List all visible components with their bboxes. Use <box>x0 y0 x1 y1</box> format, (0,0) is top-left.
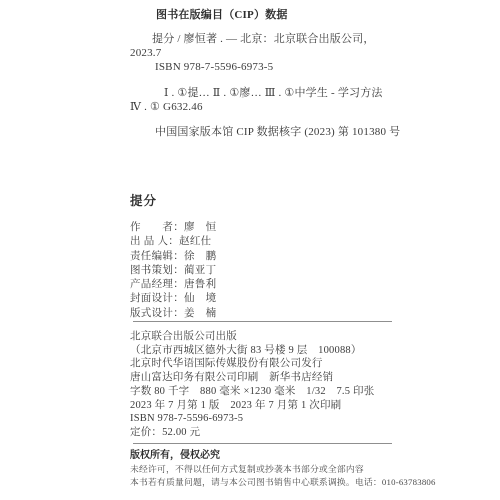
credits-block: 作 者：廖 恒 出 品 人：赵红仕 责任编辑：徐 鹏 图书策划：蔺亚丁 产品经理… <box>130 221 216 321</box>
cip-title-line: 提分 / 廖恒著 . — 北京：北京联合出版公司， <box>130 32 430 46</box>
credit-row-layout-design: 版式设计：姜 楠 <box>130 307 216 321</box>
credit-label: 图书策划： <box>130 265 184 276</box>
distributor-line: 北京时代华语国际传媒股份有限公司发行 <box>130 357 420 371</box>
credit-value: 廖 恒 <box>184 222 216 233</box>
credit-label: 产品经理： <box>130 279 184 290</box>
price-line: 定价：52.00 元 <box>130 426 420 440</box>
cip-classification-line1: Ⅰ . ①提… Ⅱ . ①廖… Ⅲ . ①中学生 - 学习方法 <box>130 86 430 100</box>
publisher-address: （北京市西城区德外大街 83 号楼 9 层 100088） <box>130 344 420 358</box>
cip-isbn: ISBN 978-7-5596-6973-5 <box>130 60 430 74</box>
cip-year-line: 2023.7 <box>130 46 430 60</box>
copyright-notice-line2: 本书若有质量问题，请与本公司图书销售中心联系调换。电话：010-63783806 <box>130 476 440 489</box>
credit-row-product-manager: 产品经理：唐鲁利 <box>130 278 216 292</box>
edition-line: 2023 年 7 月第 1 版 2023 年 7 月第 1 次印刷 <box>130 399 420 413</box>
credit-value: 徐 鹏 <box>184 251 216 262</box>
cip-record-number: 中国国家版本馆 CIP 数据核字 (2023) 第 101380 号 <box>130 125 430 139</box>
credit-row-cover-design: 封面设计：仙 境 <box>130 292 216 306</box>
credit-label: 封面设计： <box>130 293 184 304</box>
credit-row-editor: 责任编辑：徐 鹏 <box>130 250 216 264</box>
credit-value: 唐鲁利 <box>184 279 216 290</box>
credit-value: 仙 境 <box>184 293 216 304</box>
credit-value: 姜 楠 <box>184 308 216 319</box>
cip-header: 图书在版编目（CIP）数据 <box>130 8 430 22</box>
credit-label: 作 者： <box>130 222 184 233</box>
cip-classification-line2: Ⅳ . ① G632.46 <box>130 100 430 114</box>
copyright-notice-block: 版权所有，侵权必究 未经许可，不得以任何方式复制或抄袭本书部分或全部内容 本书若… <box>130 448 440 489</box>
credit-row-producer: 出 品 人：赵红仕 <box>130 235 216 249</box>
isbn-line: ISBN 978-7-5596-6973-5 <box>130 412 420 426</box>
publishing-block: 北京联合出版公司出版 （北京市西城区德外大街 83 号楼 9 层 100088）… <box>130 330 420 440</box>
credit-label: 出 品 人： <box>130 236 179 247</box>
book-title: 提分 <box>130 191 157 209</box>
divider-top <box>133 321 392 322</box>
credit-value: 蔺亚丁 <box>184 265 216 276</box>
copyright-notice-headline: 版权所有，侵权必究 <box>130 448 440 463</box>
printer-line: 唐山富达印务有限公司印刷 新华书店经销 <box>130 371 420 385</box>
credit-row-author: 作 者：廖 恒 <box>130 221 216 235</box>
credit-label: 责任编辑： <box>130 251 184 262</box>
cip-block: 图书在版编目（CIP）数据 提分 / 廖恒著 . — 北京：北京联合出版公司， … <box>130 8 430 139</box>
format-line: 字数 80 千字 880 毫米 ×1230 毫米 1/32 7.5 印张 <box>130 385 420 399</box>
credit-label: 版式设计： <box>130 308 184 319</box>
credit-value: 赵红仕 <box>179 236 211 247</box>
copyright-notice-line1: 未经许可，不得以任何方式复制或抄袭本书部分或全部内容 <box>130 463 440 476</box>
publisher-line: 北京联合出版公司出版 <box>130 330 420 344</box>
credit-row-planner: 图书策划：蔺亚丁 <box>130 264 216 278</box>
divider-bottom <box>133 443 392 444</box>
copyright-page: 图书在版编目（CIP）数据 提分 / 廖恒著 . — 北京：北京联合出版公司， … <box>0 0 500 500</box>
